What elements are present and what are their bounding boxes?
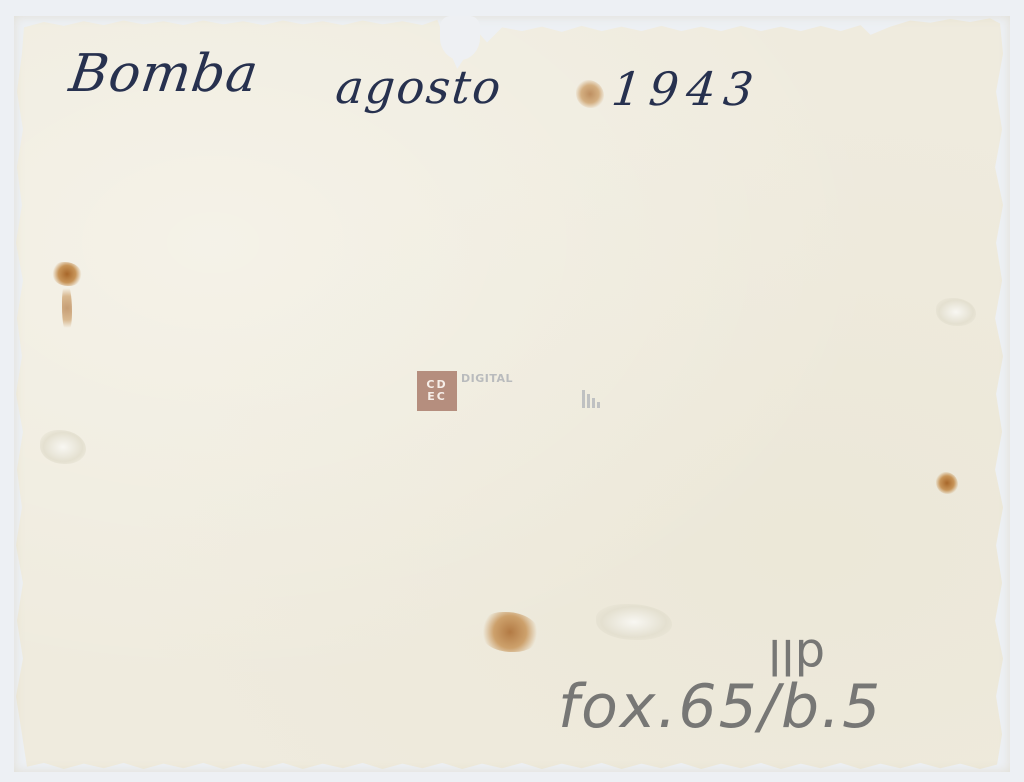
- inscription-place: Bomba: [66, 44, 263, 104]
- torn-notch-top: [440, 16, 480, 60]
- cdec-logo-line2: EC: [427, 391, 447, 403]
- rust-stain-right: [936, 472, 958, 494]
- archive-reference: fox.65/b.5: [558, 672, 882, 742]
- inscription-month: agosto: [333, 60, 505, 114]
- bar-chart-icon: [582, 390, 600, 408]
- watermark-label: DIGITAL: [461, 372, 513, 385]
- cdec-watermark: CD EC DIGITAL: [417, 371, 513, 411]
- inscription-year: 1943: [609, 62, 764, 116]
- scan-stage: Bomba agosto 1943 dll fox.65/b.5 CD EC D…: [0, 0, 1024, 782]
- cdec-logo: CD EC: [417, 371, 457, 411]
